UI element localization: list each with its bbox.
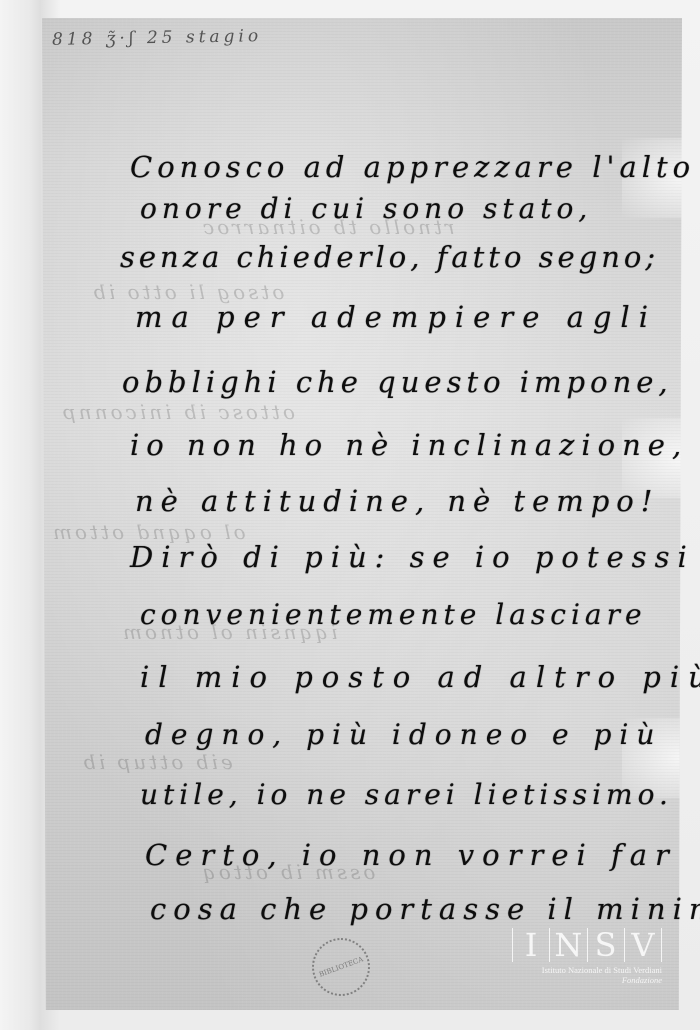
handwritten-line: io non ho nè inclinazione, — [130, 428, 688, 462]
archive-annotation: 818 ʒ̃·ʃ 25 stagio — [52, 26, 262, 50]
library-stamp: BIBLIOTECA — [312, 938, 370, 996]
watermark-logo: I N S V — [512, 928, 662, 962]
handwritten-line: senza chiederlo, fatto segno; — [120, 240, 659, 274]
stamp-text: BIBLIOTECA — [318, 955, 364, 978]
handwritten-line: utile, io ne sarei lietissimo. — [140, 778, 673, 811]
watermark-institution: Istituto Nazionale di Studi Verdiani — [512, 965, 662, 975]
handwritten-line: degno, più idoneo e più — [145, 718, 662, 751]
bleed-through-text: eib ottup ib — [80, 750, 233, 774]
handwritten-line: onore di cui sono stato, — [140, 192, 592, 225]
handwritten-line: cosa che portasse il minimo — [150, 892, 700, 926]
watermark-letter: N — [550, 928, 587, 962]
handwritten-line: nè attitudine, nè tempo! — [135, 484, 659, 518]
handwritten-line: ma per adempiere agli — [135, 300, 657, 334]
handwritten-line: convenientemente lasciare — [140, 598, 647, 631]
watermark-subtitle: Fondazione — [512, 975, 662, 985]
handwritten-line: Certo, io non vorrei far — [145, 838, 677, 872]
watermark-letter: I — [513, 928, 550, 962]
handwritten-line: Conosco ad apprezzare l'alto — [130, 150, 695, 184]
watermark-letter: S — [588, 928, 625, 962]
handwritten-line: obblighi che questo impone, — [122, 365, 673, 399]
handwritten-line: il mio posto ad altro più — [140, 660, 700, 694]
watermark-letter: V — [625, 928, 661, 962]
handwritten-line: Dirò di più: se io potessi — [130, 540, 695, 574]
bleed-through-text: ottosc ib iniconnp — [60, 400, 295, 424]
insv-watermark: I N S V Istituto Nazionale di Studi Verd… — [512, 928, 662, 985]
